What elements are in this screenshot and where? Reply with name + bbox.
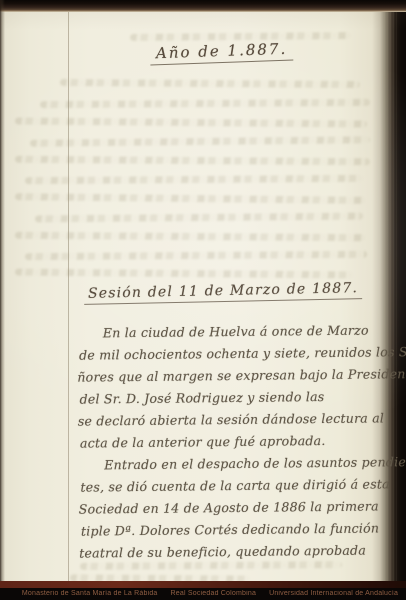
manuscript-line: tiple Dª. Dolores Cortés dedicando la fu… [81,517,385,542]
book-left-edge [0,0,5,600]
bleed-through-line [25,175,363,184]
manuscript-line: tes, se dió cuenta de la carta que dirig… [80,473,384,498]
manuscript-line: del Sr. D. José Rodriguez y siendo las [79,385,383,410]
archive-caption-bar: Monasterio de Santa María de La Rábida R… [0,588,406,600]
credit-monasterio: Monasterio de Santa María de La Rábida [22,588,158,600]
bleed-through-line [130,32,350,41]
manuscript-line: En la ciudad de Huelva á once de Marzo [77,319,383,344]
manuscript-line: de mil ochocientos ochenta y siete, reun… [79,341,383,366]
manuscript-line: ñores que al margen se expresan bajo la … [77,363,383,388]
manuscript-line: Entrado en el despacho de los asuntos pe… [78,451,384,476]
credit-universidad: Universidad Internacional de Andalucía [269,588,398,600]
manuscript-page-scan: Año de 1.887. Sesión del 11 de Marzo de … [0,0,406,600]
bleed-through-line [40,99,370,108]
book-bottom-edge [0,581,406,588]
manuscript-line: se declaró abierta la sesión dándose lec… [78,407,384,432]
bleed-through-line [25,251,367,260]
credit-sociedad: Real Sociedad Colombina [171,588,257,600]
bleed-through-line [35,213,363,223]
manuscript-line: teatral de su beneficio, quedando aproba… [79,539,385,564]
bleed-through-line [30,136,370,147]
manuscript-line: acta de la anterior que fué aprobada. [80,429,384,454]
book-top-edge [0,0,406,12]
manuscript-body: En la ciudad de Huelva á once de Marzode… [77,319,386,564]
bleed-through-line [60,79,360,88]
page-margin-rule [68,12,69,581]
session-heading: Sesión del 11 de Marzo de 1887. [84,280,363,305]
manuscript-line: Sociedad en 14 de Agosto de 1886 la prim… [79,495,385,520]
page-stack-edge [384,12,398,586]
bleed-through-line [15,269,353,279]
year-heading: Año de 1.887. [150,40,294,66]
